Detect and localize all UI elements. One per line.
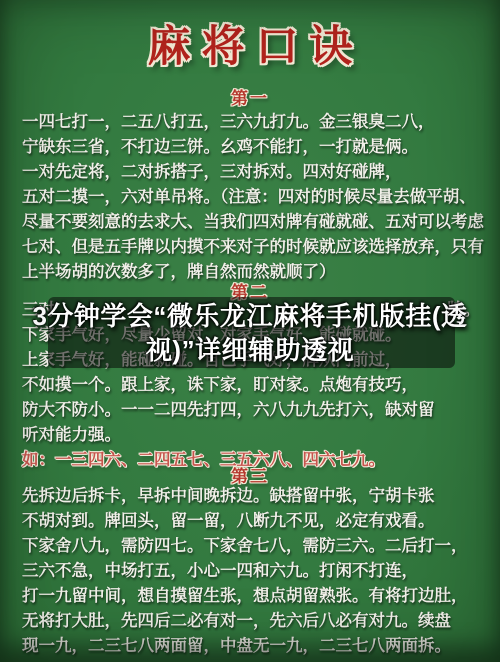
section-header-1: 第一 xyxy=(0,84,500,109)
ad-overlay-caption-line2: 视)”详细辅助透视 xyxy=(10,333,490,367)
ad-overlay-caption-line1: 3分钟学会“微乐龙江麻将手机版挂(透 xyxy=(10,299,490,333)
text-line: 宁缺东三省，不打边三饼。幺鸡不能打，一打就是俩。 xyxy=(22,135,496,160)
text-line: 防大不防小。一一二四先打四，六八九九先打六，缺对留 xyxy=(22,398,496,423)
mahjong-tips-poster: 麻将口诀 第一 一四七打一，二五八打五，三六九打九。金三银臭二八， 宁缺东三省，… xyxy=(0,0,500,662)
text-line: 尽量不要刻意的去求大、当我们四对牌有碰就碰、五对可以考虑 xyxy=(22,210,496,235)
text-line: 不如摸一个。跟上家，诛下家，盯对家。点炮有技巧， xyxy=(22,373,496,398)
section-1-body: 一四七打一，二五八打五，三六九打九。金三银臭二八， 宁缺东三省，不打边三饼。幺鸡… xyxy=(22,110,496,285)
text-line: 七对、但是五手牌以内摸不来对子的时候就应该选择放弃，只有 xyxy=(22,235,496,260)
poster-title: 麻将口诀 xyxy=(0,13,500,74)
text-line: 先拆边后拆卡，早拆中间晚拆边。缺搭留中张，宁胡卡张 xyxy=(22,484,496,509)
text-line: 一四七打一，二五八打五，三六九打九。金三银臭二八， xyxy=(22,110,496,135)
ad-overlay-caption: 3分钟学会“微乐龙江麻将手机版挂(透 视)”详细辅助透视 xyxy=(10,299,490,367)
text-line: 一对先定将，二对拆搭子，三对拆对。四对好碰牌， xyxy=(22,160,496,185)
text-line: 听对能力强。 xyxy=(22,423,496,448)
text-line: 五对二摸一，六对单吊将。（注意：四对的时候尽量去做平胡、 xyxy=(22,185,496,210)
text-line: 无将打大肚，先四后二必有对一，先六后八必有对九。续盘 xyxy=(22,609,496,634)
text-line: 现一九，二三七八两面留，中盘无一九，二三七八两面拆。 xyxy=(22,634,496,659)
text-line: 不胡对到。牌回头，留一留，八断九不见，必定有戏看。 xyxy=(22,509,496,534)
section-3-body: 先拆边后拆卡，早拆中间晚拆边。缺搭留中张，宁胡卡张 不胡对到。牌回头，留一留，八… xyxy=(22,484,496,659)
text-line: 下家舍八九，需防四七。下家舍七八，需防三六。二后打一， xyxy=(22,534,496,559)
text-line: 三六不急，中场打五，小心一四和六九。打闲不打连， xyxy=(22,559,496,584)
text-line: 打一九留中间，想自摸留生张，想点胡留熟张。有将打边肚， xyxy=(22,584,496,609)
